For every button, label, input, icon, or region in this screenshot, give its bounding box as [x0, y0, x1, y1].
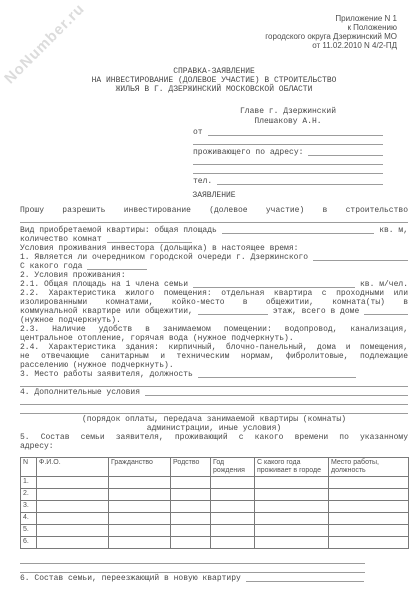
item1-label: 1. Является ли очередником городской оче… [20, 253, 308, 262]
blank-underline [198, 314, 268, 315]
blank-line [20, 215, 408, 224]
blank-line [20, 406, 408, 415]
item4-label: 4. Дополнительные условия [20, 388, 140, 397]
item2-2-line2: изолированными комнатами, койко-место в … [20, 298, 408, 307]
blank-line [20, 379, 408, 388]
addressee-name: Плешакову А.Н. [193, 117, 383, 127]
addressee-to: Главе г. Дзержинский [193, 107, 383, 117]
appendix-block: Приложение N 1 к Положению городского ок… [20, 14, 408, 50]
table-row: 1. [21, 477, 409, 489]
row-number: 6. [21, 537, 37, 549]
table-header-cell: Место работы, должность [329, 458, 409, 477]
appendix-line: к Положению [20, 23, 397, 32]
blank-underline [20, 222, 408, 223]
item2-2-line4: (нужное подчеркнуть). [20, 316, 408, 325]
blank-underline [193, 173, 383, 174]
title-line: НА ИНВЕСТИРОВАНИЕ (ДОЛЕВОЕ УЧАСТИЕ) В СТ… [20, 76, 408, 85]
table-row: 3. [21, 501, 409, 513]
item2-2-line3b: этаж, всего в доме [273, 307, 359, 316]
blank-underline [208, 135, 383, 136]
item4-line: 4. Дополнительные условия [20, 388, 408, 397]
item2-1-unit: кв. м/чел. [360, 280, 408, 289]
table-header-cell: Год рождения [211, 458, 255, 477]
appendix-line: от 11.02.2010 N 4/2-ПД [20, 41, 397, 50]
item4-note-line1: (порядок оплаты, передача занимаемой ква… [20, 415, 408, 424]
conditions-header: Условия проживания инвестора (дольщика) … [20, 244, 408, 253]
blank-underline [145, 395, 408, 396]
blank-underline [308, 155, 383, 156]
request-line: Прошу разрешить инвестирование (долевое … [20, 206, 408, 215]
table-header-cell: Гражданство [109, 458, 171, 477]
item1-line: 1. Является ли очередником городской оче… [20, 253, 408, 262]
blank-line [193, 157, 383, 166]
item3-label: 3. Место работы заявителя, должность [20, 370, 193, 379]
row-number: 1. [21, 477, 37, 489]
blank-underline [313, 260, 408, 261]
blank-underline [20, 563, 365, 564]
table-header-cell: N [21, 458, 37, 477]
item2-1-line: 2.1. Общая площадь на 1 члена семьи кв. … [20, 280, 408, 289]
blank-underline [193, 164, 383, 165]
title-line: СПРАВКА-ЗАЯВЛЕНИЕ [20, 67, 408, 76]
from-label: от [193, 128, 203, 137]
appendix-line: Приложение N 1 [20, 14, 397, 23]
item1-year-label: С какого года [20, 262, 82, 271]
table-header-cell: С какого года проживает в городе [255, 458, 329, 477]
title-line: ЖИЛЬЯ В Г. ДЗЕРЖИНСКИЙ МОСКОВСКОЙ ОБЛАСТ… [20, 85, 408, 94]
item2-2-line3a: коммунальной квартире или общежитии, [20, 307, 193, 316]
document-content: Приложение N 1 к Положению городского ок… [20, 14, 408, 583]
address-label: проживающего по адресу: [193, 148, 303, 157]
item6-label: 6. Состав семьи, переезжающий в новую кв… [20, 574, 241, 583]
item4-note-line2: администрации, иные условия) [20, 424, 408, 433]
form-body: Прошу разрешить инвестирование (долевое … [20, 206, 408, 451]
phone-line: тел. [193, 175, 383, 186]
row-number: 3. [21, 501, 37, 513]
blank-underline [20, 386, 408, 387]
addressee-block: Главе г. Дзержинский Плешакову А.Н. от п… [193, 107, 383, 186]
item5-line1: 5. Состав семьи заявителя, проживающий с… [20, 433, 408, 442]
table-row: 4. [21, 513, 409, 525]
blank-underline [20, 572, 365, 573]
blank-line [20, 565, 408, 574]
apartment-label: Вид приобретаемой квартиры: общая площад… [20, 226, 217, 235]
item2-2-line3: коммунальной квартире или общежитии, эта… [20, 307, 408, 316]
rooms-line: количество комнат [20, 235, 408, 244]
blank-underline [217, 184, 383, 185]
item2-1-label: 2.1. Общая площадь на 1 члена семьи [20, 280, 188, 289]
blank-underline [193, 144, 383, 145]
table-header-cell: Родство [171, 458, 211, 477]
from-line: от [193, 126, 383, 137]
item2-4-line3: расселению (нужное подчеркнуть). [20, 361, 408, 370]
blank-underline [107, 242, 192, 243]
blank-underline [87, 269, 147, 270]
blank-underline [20, 413, 408, 414]
item2-header: 2. Условия проживания: [20, 271, 408, 280]
item5-line2: адресу: [20, 442, 408, 451]
item2-2-line1: 2.2. Характеристика жилого помещения: от… [20, 289, 408, 298]
after-table-block: 6. Состав семьи, переезжающий в новую кв… [20, 556, 408, 583]
family-table: N Ф.И.О. Гражданство Родство Год рождени… [20, 457, 409, 549]
blank-underline [222, 233, 374, 234]
appendix-line: городского округа Дзержинский МО [20, 32, 397, 41]
table-row: 2. [21, 489, 409, 501]
table-header-row: N Ф.И.О. Гражданство Родство Год рождени… [21, 458, 409, 477]
blank-underline [198, 377, 356, 378]
blank-underline [193, 287, 355, 288]
item2-3-line2: центральное отопление, горячая вода (нуж… [20, 334, 408, 343]
item6-line: 6. Состав семьи, переезжающий в новую кв… [20, 574, 408, 583]
document-page: NoNumber.ru Приложение N 1 к Положению г… [0, 0, 420, 600]
row-number: 5. [21, 525, 37, 537]
statement-heading: ЗАЯВЛЕНИЕ [20, 191, 408, 200]
blank-line [20, 397, 408, 406]
blank-line [193, 137, 383, 146]
phone-label: тел. [193, 177, 212, 186]
item1-year-line: С какого года [20, 262, 408, 271]
row-number: 2. [21, 489, 37, 501]
blank-underline [364, 314, 408, 315]
rooms-label: количество комнат [20, 235, 102, 244]
item2-4-line2: не отвечающие санитарным и техническим н… [20, 352, 408, 361]
address-line: проживающего по адресу: [193, 146, 383, 157]
apartment-unit: кв. м, [379, 226, 408, 235]
item2-4-line1: 2.4. Характеристика здания: кирпичный, б… [20, 343, 408, 352]
table-row: 6. [21, 537, 409, 549]
item3-line: 3. Место работы заявителя, должность [20, 370, 408, 379]
row-number: 4. [21, 513, 37, 525]
blank-line [193, 166, 383, 175]
apartment-line: Вид приобретаемой квартиры: общая площад… [20, 226, 408, 235]
document-title: СПРАВКА-ЗАЯВЛЕНИЕ НА ИНВЕСТИРОВАНИЕ (ДОЛ… [20, 67, 408, 94]
blank-underline [246, 581, 364, 582]
blank-line [20, 556, 408, 565]
blank-underline [20, 404, 408, 405]
table-header-cell: Ф.И.О. [37, 458, 109, 477]
item2-3-line1: 2.3. Наличие удобств в занимаемом помеще… [20, 325, 408, 334]
table-row: 5. [21, 525, 409, 537]
